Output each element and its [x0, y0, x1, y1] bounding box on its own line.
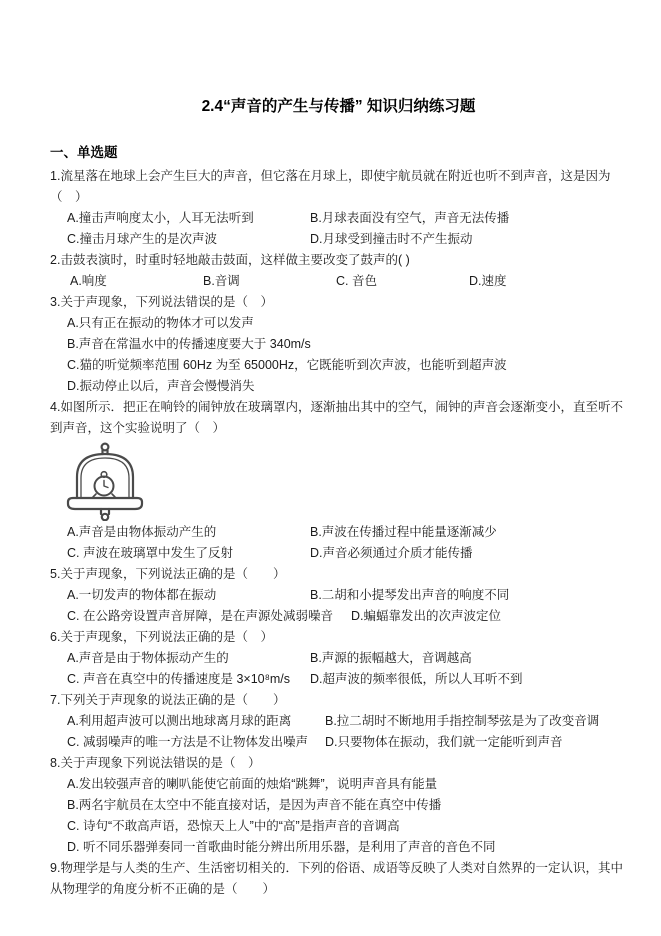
option-3-b: B.声音在常温水中的传播速度要大于 340m/s — [50, 334, 627, 355]
option-4-a: A.声音是由物体振动产生的 — [67, 522, 310, 543]
option-7-b: B.拉二胡时不断地用手指控制琴弦是为了改变音调 — [325, 711, 599, 732]
option-3-c: C.猫的听觉频率范围 60Hz 为至 65000Hz，它既能听到次声波，也能听到… — [50, 355, 627, 376]
option-7-c: C. 减弱噪声的唯一方法是不让物体发出噪声 — [67, 732, 325, 753]
option-7-a: A.利用超声波可以测出地球离月球的距离 — [67, 711, 325, 732]
option-row: C. 声音在真空中的传播速度是 3×10⁸m/s D.超声波的频率很低，所以人耳… — [50, 669, 627, 690]
option-1-c: C.撞击月球产生的是次声波 — [67, 229, 310, 250]
question-number: 3. — [50, 295, 60, 309]
option-row: A.利用超声波可以测出地球离月球的距离 B.拉二胡时不断地用手指控制琴弦是为了改… — [50, 711, 627, 732]
bell-jar-with-alarm-clock-icon — [62, 441, 148, 521]
page-title: 2.4“声音的产生与传播” 知识归纳练习题 — [50, 96, 627, 118]
option-3-a: A.只有正在振动的物体才可以发声 — [50, 313, 627, 334]
question-text: 关于声现象，下列说法错误的是（ ） — [60, 295, 273, 309]
option-3-d: D.振动停止以后，声音会慢慢消失 — [50, 376, 627, 397]
option-2-c: C. 音色 — [336, 271, 469, 292]
option-8-a: A.发出较强声音的喇叭能使它前面的烛焰“跳舞”，说明声音具有能量 — [50, 774, 627, 795]
option-5-c: C. 在公路旁设置声音屏障，是在声源处减弱噪音 — [67, 606, 333, 627]
question-9: 9.物理学是与人类的生产、生活密切相关的．下列的俗语、成语等反映了人类对自然界的… — [50, 858, 627, 900]
option-row: C. 声波在玻璃罩中发生了反射 D.声音必须通过介质才能传播 — [50, 543, 627, 564]
question-stem: 6.关于声现象，下列说法正确的是（ ） — [50, 627, 627, 648]
worksheet-page: 2.4“声音的产生与传播” 知识归纳练习题 一、单选题 1.流星落在地球上会产生… — [0, 0, 661, 936]
question-stem: 2.击鼓表演时，时重时轻地敲击鼓面，这样做主要改变了鼓声的( ) — [50, 250, 627, 271]
question-text: 关于声现象，下列说法正确的是（ ） — [60, 567, 285, 581]
option-6-a: A.声音是由于物体振动产生的 — [67, 648, 310, 669]
question-8: 8.关于声现象下列说法错误的是（ ） A.发出较强声音的喇叭能使它前面的烛焰“跳… — [50, 753, 627, 858]
question-5: 5.关于声现象，下列说法正确的是（ ） A.一切发声的物体都在振动 B.二胡和小… — [50, 564, 627, 627]
question-number: 8. — [50, 756, 60, 770]
option-4-c: C. 声波在玻璃罩中发生了反射 — [67, 543, 310, 564]
question-text: 下列关于声现象的说法正确的是（ ） — [60, 693, 285, 707]
answer-blank: （ ） — [50, 187, 627, 208]
option-8-c: C. 诗句“不敢高声语，恐惊天上人”中的“高”是指声音的音调高 — [50, 816, 627, 837]
option-8-d: D. 听不同乐器弹奏同一首歌曲时能分辨出所用乐器，是利用了声音的音色不同 — [50, 837, 627, 858]
bell-jar-figure — [50, 441, 627, 521]
option-2-a: A.响度 — [70, 271, 203, 292]
question-number: 4. — [50, 400, 60, 414]
option-row: C. 减弱噪声的唯一方法是不让物体发出噪声 D.只要物体在振动，我们就一定能听到… — [50, 732, 627, 753]
question-text: 关于声现象下列说法错误的是（ ） — [60, 756, 260, 770]
option-row: A.撞击声响度太小，人耳无法听到 B.月球表面没有空气，声音无法传播 — [50, 208, 627, 229]
question-text: 物理学是与人类的生产、生活密切相关的．下列的俗语、成语等反映了人类对自然界的一定… — [50, 861, 623, 896]
option-row: C.撞击月球产生的是次声波 D.月球受到撞击时不产生振动 — [50, 229, 627, 250]
question-number: 5. — [50, 567, 60, 581]
option-5-d: D.蝙蝠靠发出的次声波定位 — [351, 606, 501, 627]
question-2: 2.击鼓表演时，时重时轻地敲击鼓面，这样做主要改变了鼓声的( ) A.响度 B.… — [50, 250, 627, 292]
question-stem: 1.流星落在地球上会产生巨大的声音，但它落在月球上，即使宇航员就在附近也听不到声… — [50, 166, 627, 187]
question-1: 1.流星落在地球上会产生巨大的声音，但它落在月球上，即使宇航员就在附近也听不到声… — [50, 166, 627, 250]
option-8-b: B.两名宇航员在太空中不能直接对话，是因为声音不能在真空中传播 — [50, 795, 627, 816]
option-1-d: D.月球受到撞击时不产生振动 — [310, 229, 473, 250]
option-row: A.一切发声的物体都在振动 B.二胡和小提琴发出声音的响度不同 — [50, 585, 627, 606]
question-number: 9. — [50, 861, 60, 875]
question-stem: 4.如图所示．把正在响铃的闹钟放在玻璃罩内，逐渐抽出其中的空气，闹钟的声音会逐渐… — [50, 397, 627, 439]
question-number: 7. — [50, 693, 60, 707]
option-6-b: B.声源的振幅越大，音调越高 — [310, 648, 472, 669]
question-7: 7.下列关于声现象的说法正确的是（ ） A.利用超声波可以测出地球离月球的距离 … — [50, 690, 627, 753]
question-6: 6.关于声现象，下列说法正确的是（ ） A.声音是由于物体振动产生的 B.声源的… — [50, 627, 627, 690]
question-number: 1. — [50, 169, 60, 183]
question-text: 流星落在地球上会产生巨大的声音，但它落在月球上，即使宇航员就在附近也听不到声音，… — [60, 169, 610, 183]
option-5-a: A.一切发声的物体都在振动 — [67, 585, 310, 606]
option-6-d: D.超声波的频率很低，所以人耳听不到 — [310, 669, 523, 690]
option-1-a: A.撞击声响度太小，人耳无法听到 — [67, 208, 310, 229]
question-text: 如图所示．把正在响铃的闹钟放在玻璃罩内，逐渐抽出其中的空气，闹钟的声音会逐渐变小… — [50, 400, 623, 435]
option-row: A.声音是由物体振动产生的 B.声波在传播过程中能量逐渐减少 — [50, 522, 627, 543]
option-4-b: B.声波在传播过程中能量逐渐减少 — [310, 522, 497, 543]
question-number: 2. — [50, 253, 60, 267]
question-stem: 7.下列关于声现象的说法正确的是（ ） — [50, 690, 627, 711]
option-1-b: B.月球表面没有空气，声音无法传播 — [310, 208, 509, 229]
option-row: A.响度 B.音调 C. 音色 D.速度 — [50, 271, 627, 292]
question-text: 击鼓表演时，时重时轻地敲击鼓面，这样做主要改变了鼓声的( ) — [60, 253, 409, 267]
option-row: A.声音是由于物体振动产生的 B.声源的振幅越大，音调越高 — [50, 648, 627, 669]
question-4: 4.如图所示．把正在响铃的闹钟放在玻璃罩内，逐渐抽出其中的空气，闹钟的声音会逐渐… — [50, 397, 627, 564]
question-number: 6. — [50, 630, 60, 644]
option-2-b: B.音调 — [203, 271, 336, 292]
section-heading: 一、单选题 — [50, 142, 627, 163]
option-5-b: B.二胡和小提琴发出声音的响度不同 — [310, 585, 509, 606]
option-7-d: D.只要物体在振动，我们就一定能听到声音 — [325, 732, 563, 753]
question-text: 关于声现象，下列说法正确的是（ ） — [60, 630, 273, 644]
option-row: C. 在公路旁设置声音屏障，是在声源处减弱噪音 D.蝙蝠靠发出的次声波定位 — [50, 606, 627, 627]
option-4-d: D.声音必须通过介质才能传播 — [310, 543, 473, 564]
question-stem: 8.关于声现象下列说法错误的是（ ） — [50, 753, 627, 774]
option-6-c: C. 声音在真空中的传播速度是 3×10⁸m/s — [67, 669, 310, 690]
question-stem: 9.物理学是与人类的生产、生活密切相关的．下列的俗语、成语等反映了人类对自然界的… — [50, 858, 627, 900]
question-3: 3.关于声现象，下列说法错误的是（ ） A.只有正在振动的物体才可以发声 B.声… — [50, 292, 627, 397]
question-stem: 5.关于声现象，下列说法正确的是（ ） — [50, 564, 627, 585]
question-stem: 3.关于声现象，下列说法错误的是（ ） — [50, 292, 627, 313]
option-2-d: D.速度 — [469, 271, 507, 292]
